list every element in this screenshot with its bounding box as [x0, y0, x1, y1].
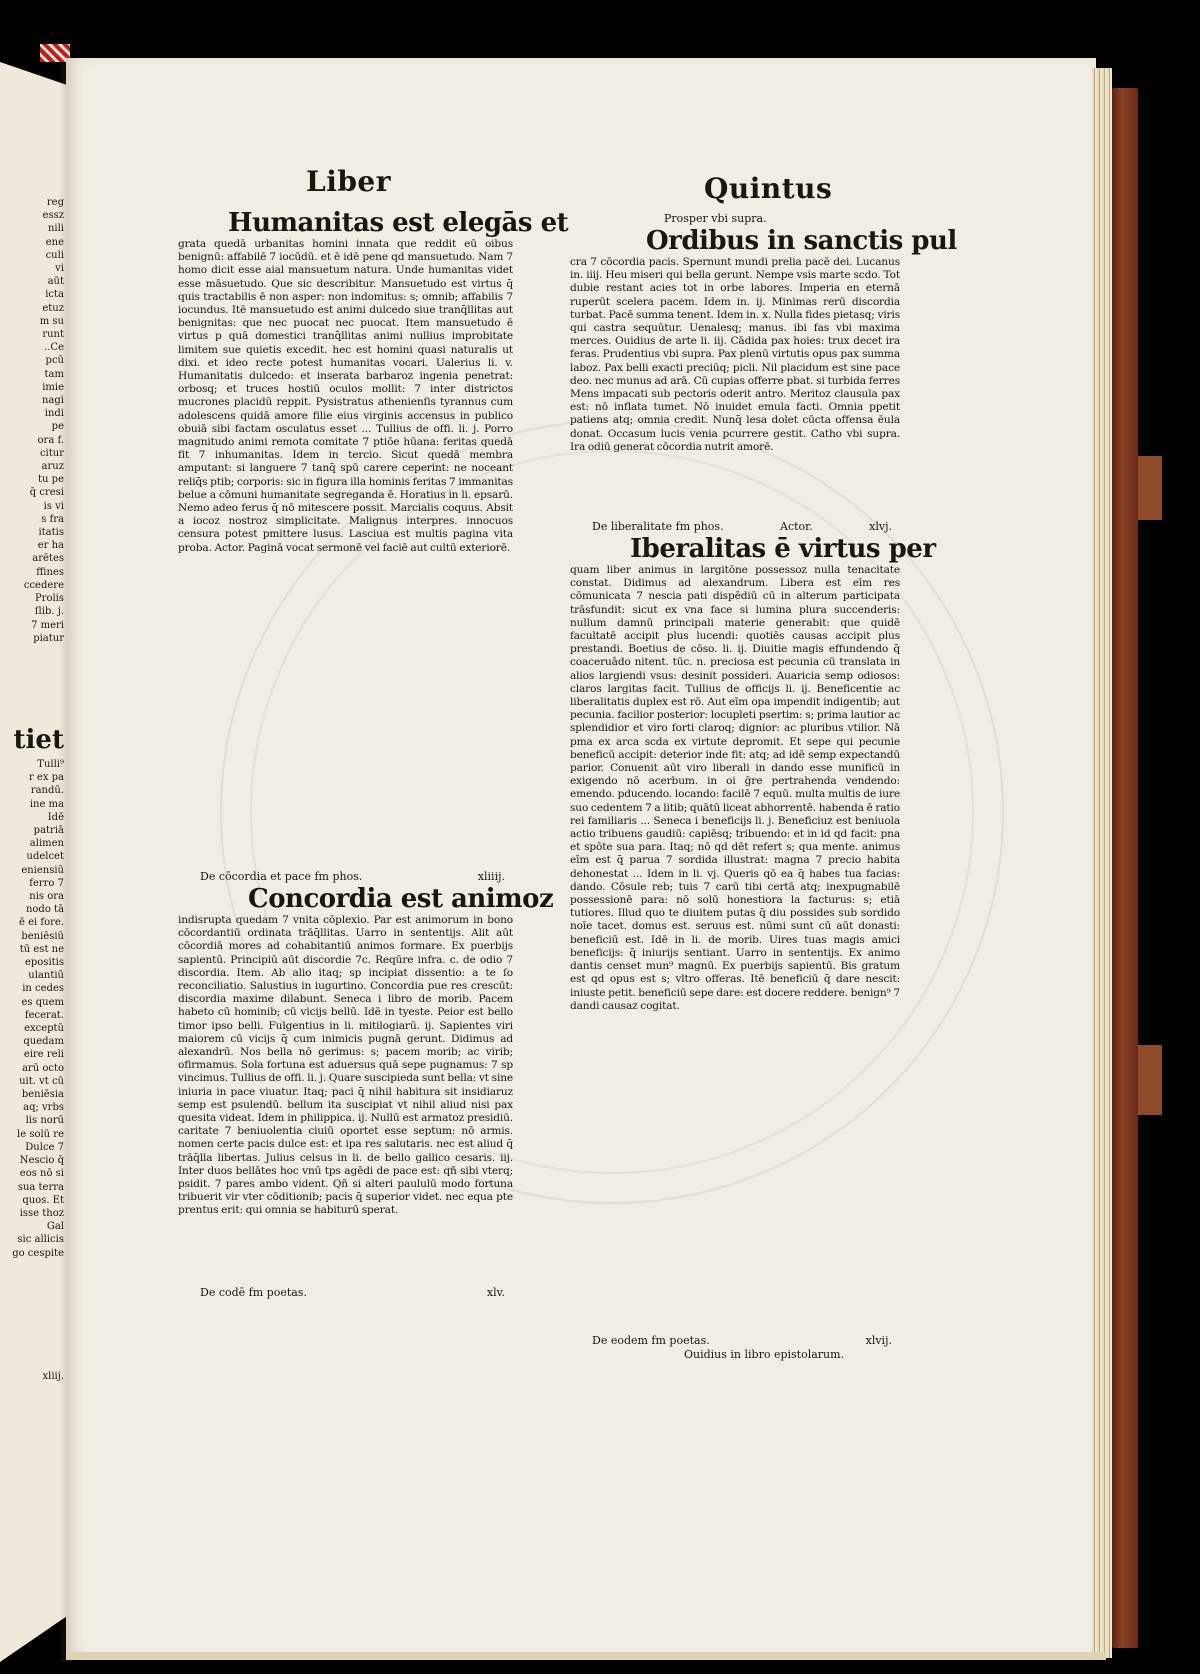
- source-attribution: Prosper vbi supra.: [570, 212, 900, 226]
- right-column: Prosper vbi supra. Ordibus in sanctis pu…: [570, 212, 900, 1362]
- fore-edge-tab: [1138, 1045, 1162, 1115]
- section-author: Actor.: [780, 520, 813, 534]
- chapter-text-pax: cra 7 cōcordia pacis. Spernunt mundi pre…: [570, 256, 900, 520]
- footer-heading: De eodem fm poetas. xlvij.: [570, 1334, 900, 1348]
- section-heading-concordia: De cōcordia et pace fm phos. xliiij.: [178, 870, 513, 884]
- book-photograph: reg essz nili ene culi vi aūt icta etuz …: [0, 0, 1200, 1674]
- fore-edge-tab: [1138, 456, 1162, 520]
- chapter-heading-ordibus: Ordibus in sanctis pul: [570, 226, 900, 256]
- running-head-quintus: Quintus: [704, 172, 832, 205]
- leather-binding-edge: [1112, 88, 1138, 1648]
- chapter-text-humanitas: grata quedā urbanitas homini innata que …: [178, 238, 513, 870]
- chapter-text-liberalitas: quam liber animus in largitōne possessoz…: [570, 564, 900, 1334]
- chapter-heading-humanitas: Humanitas est elegās et: [178, 208, 513, 238]
- footer-heading: De codē fm poetas. xlv.: [178, 1286, 513, 1300]
- left-column: Humanitas est elegās et grata quedā urba…: [178, 208, 513, 1300]
- facing-page-text-bottom: Tulli⁹ r ex pa randū. ine ma Idē patriā …: [2, 758, 64, 1260]
- page-block-bottom: [66, 1652, 1106, 1660]
- section-heading-liberalitas: De liberalitate fm phos. Actor. xlvj.: [570, 520, 900, 534]
- section-label: De cōcordia et pace fm phos.: [200, 870, 362, 884]
- running-head-liber: Liber: [306, 165, 391, 198]
- chapter-heading-concordia: Concordia est animoz: [178, 884, 513, 914]
- footer-label: De codē fm poetas.: [200, 1286, 307, 1300]
- chapter-text-concordia: indisrupta quedam 7 vnita cōplexio. Par …: [178, 914, 513, 1286]
- facing-page-heading-fragment: tiet: [2, 725, 64, 755]
- facing-page-folio: xliij.: [2, 1370, 64, 1383]
- section-label: De liberalitate fm phos.: [592, 520, 724, 534]
- footer-number: xlv.: [487, 1286, 505, 1300]
- page-block-edges: [1092, 68, 1112, 1658]
- footer-number: xlvij.: [866, 1334, 892, 1348]
- chapter-heading-liberalitas: Iberalitas ē virtus per: [570, 534, 900, 564]
- footer-source: Ouidius in libro epistolarum.: [570, 1348, 900, 1362]
- footer-label: De eodem fm poetas.: [592, 1334, 710, 1348]
- section-number: xlvj.: [869, 520, 892, 534]
- section-number: xliiij.: [478, 870, 505, 884]
- facing-page-text-top: reg essz nili ene culi vi aūt icta etuz …: [2, 196, 64, 645]
